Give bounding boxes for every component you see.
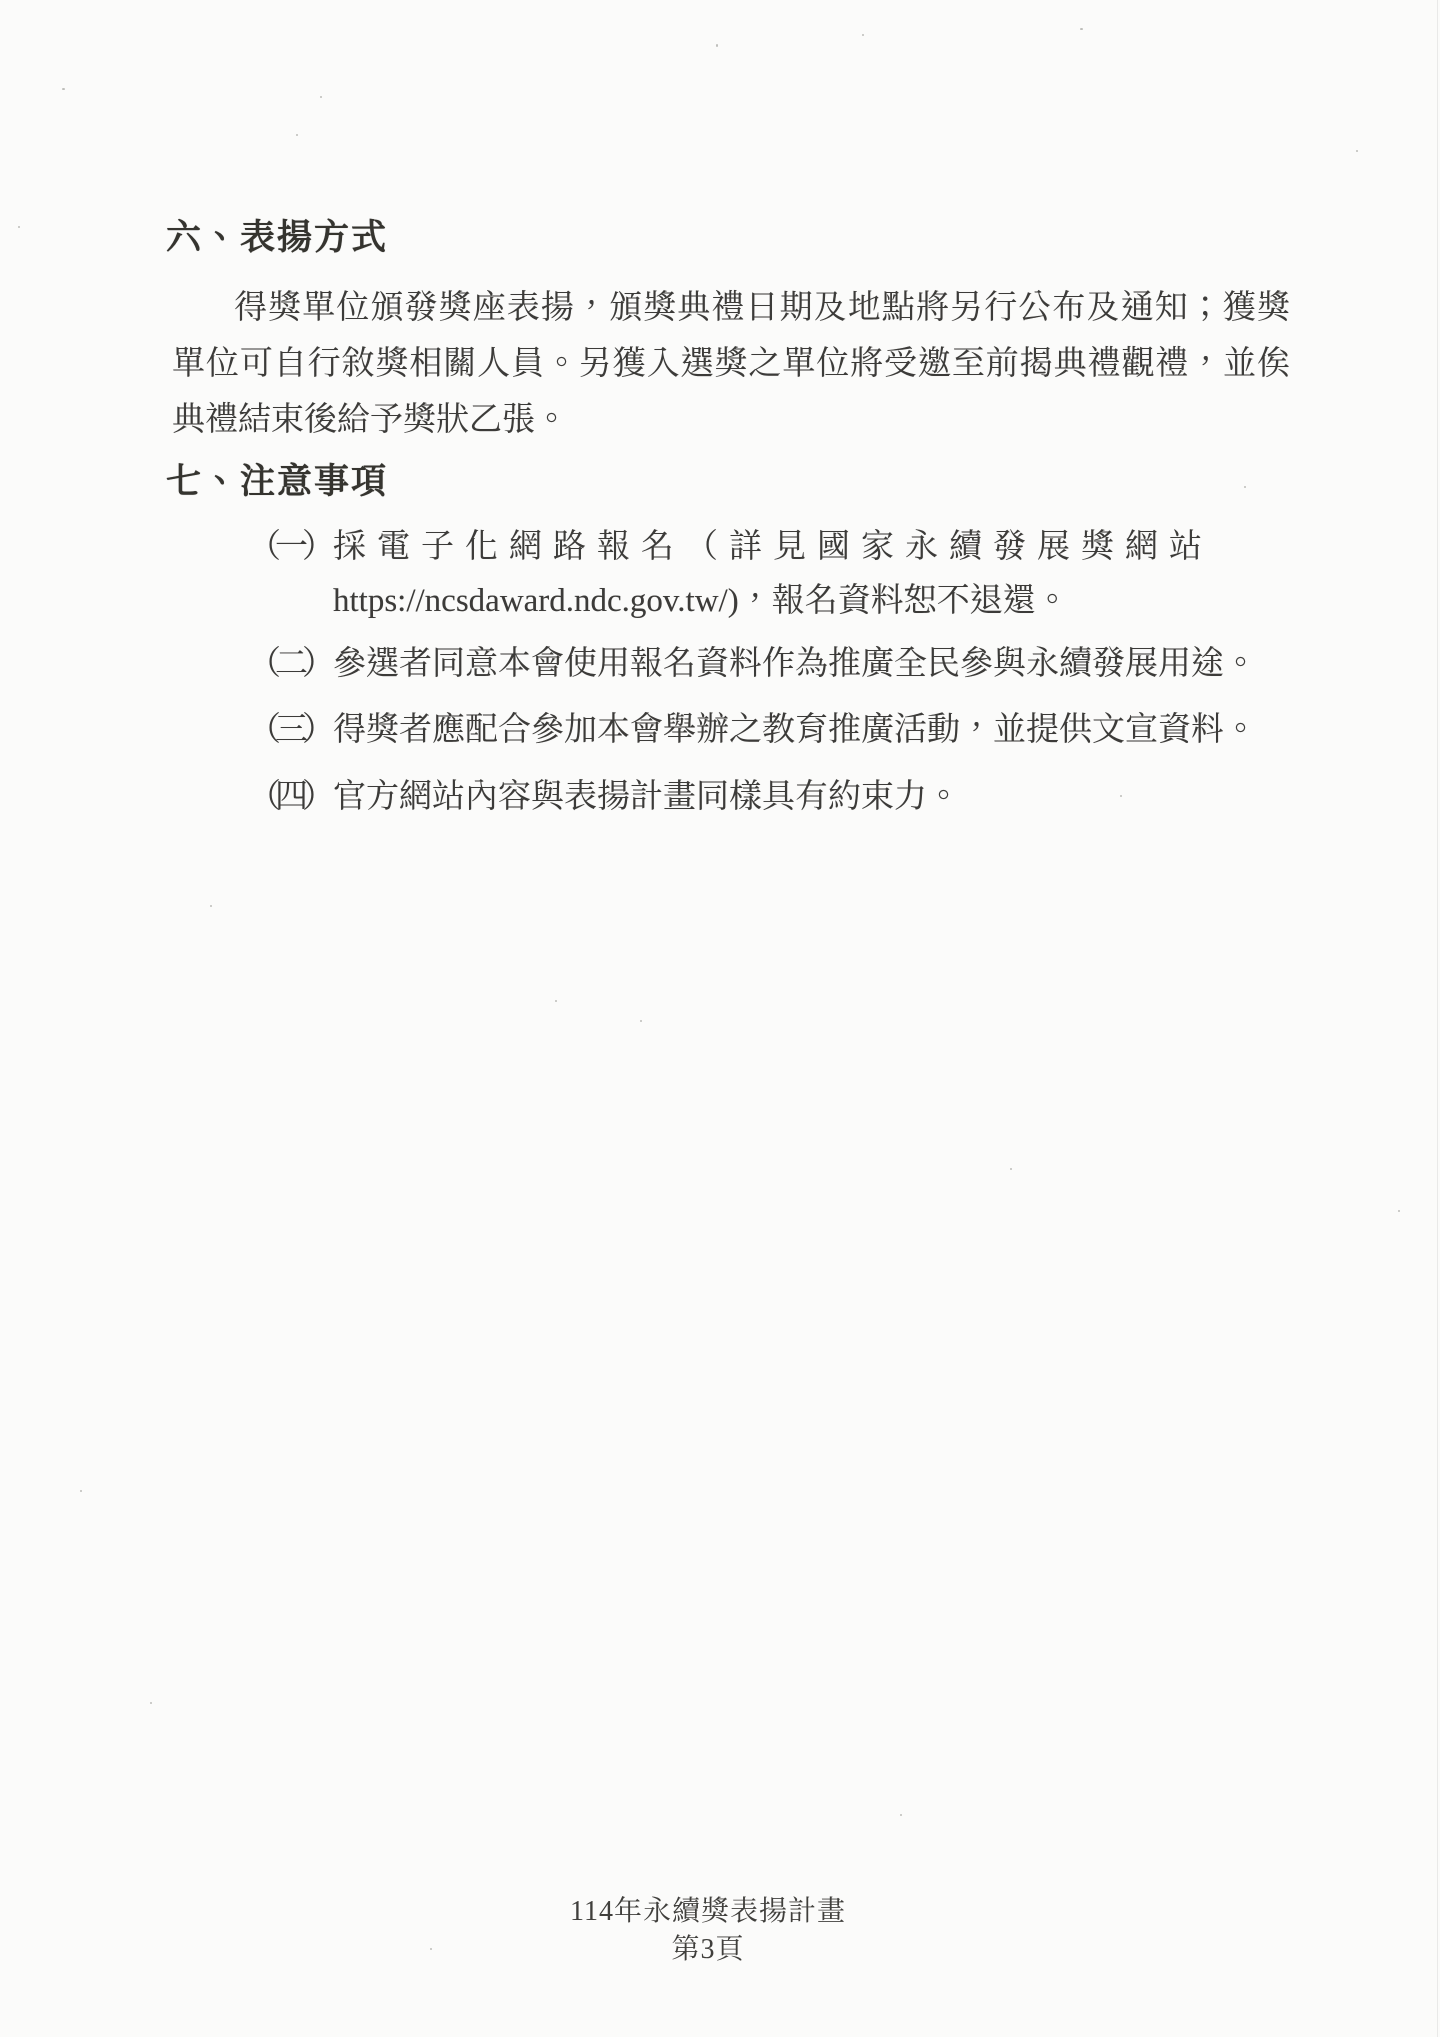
section-6-body-line-3: 典禮結束後給予獎狀乙張。 xyxy=(172,404,1290,437)
note-item-1-text: 採電子化網路報名（詳見國家永續發展獎網站 xyxy=(333,529,1213,565)
note-item-2: （二）參選者同意本會使用報名資料作為推廣全民參與永續發展用途。 xyxy=(248,648,1257,681)
scanner-edge-line xyxy=(1437,0,1438,2037)
note-item-4-marker: （四） xyxy=(248,779,329,815)
note-item-1-line-1: （一）採電子化網路報名（詳見國家永續發展獎網站 xyxy=(248,531,1213,564)
footer-page-number: 第3頁 xyxy=(0,1936,1416,1964)
section-6-heading: 六、表揚方式 xyxy=(166,220,388,255)
section-6-body-line-1: 得獎單位頒發獎座表揚，頒獎典禮日期及地點將另行公布及通知；獲獎 xyxy=(172,292,1290,325)
note-item-3: （三）得獎者應配合參加本會舉辦之教育推廣活動，並提供文宣資料。 xyxy=(248,714,1257,747)
note-item-4-text: 官方網站內容與表揚計畫同樣具有約束力。 xyxy=(333,779,960,815)
note-item-3-marker: （三） xyxy=(248,712,329,748)
scanned-document-page: 六、表揚方式 得獎單位頒發獎座表揚，頒獎典禮日期及地點將另行公布及通知；獲獎 單… xyxy=(0,0,1440,2037)
note-item-2-text: 參選者同意本會使用報名資料作為推廣全民參與永續發展用途。 xyxy=(333,646,1257,682)
note-item-4: （四）官方網站內容與表揚計畫同樣具有約束力。 xyxy=(248,781,960,814)
footer-plan-title: 114年永續獎表揚計畫 xyxy=(0,1898,1416,1926)
note-item-1-line-2-url: https://ncsdaward.ndc.gov.tw/)，報名資料恕不退還。 xyxy=(333,585,1069,618)
note-item-2-marker: （二） xyxy=(248,646,329,682)
section-7-heading: 七、注意事項 xyxy=(166,464,388,499)
note-item-3-text: 得獎者應配合參加本會舉辦之教育推廣活動，並提供文宣資料。 xyxy=(333,712,1257,748)
note-item-1-marker: （一） xyxy=(248,529,329,565)
section-6-body-line-2: 單位可自行敘獎相關人員。另獲入選獎之單位將受邀至前揭典禮觀禮，並俟 xyxy=(172,348,1290,381)
